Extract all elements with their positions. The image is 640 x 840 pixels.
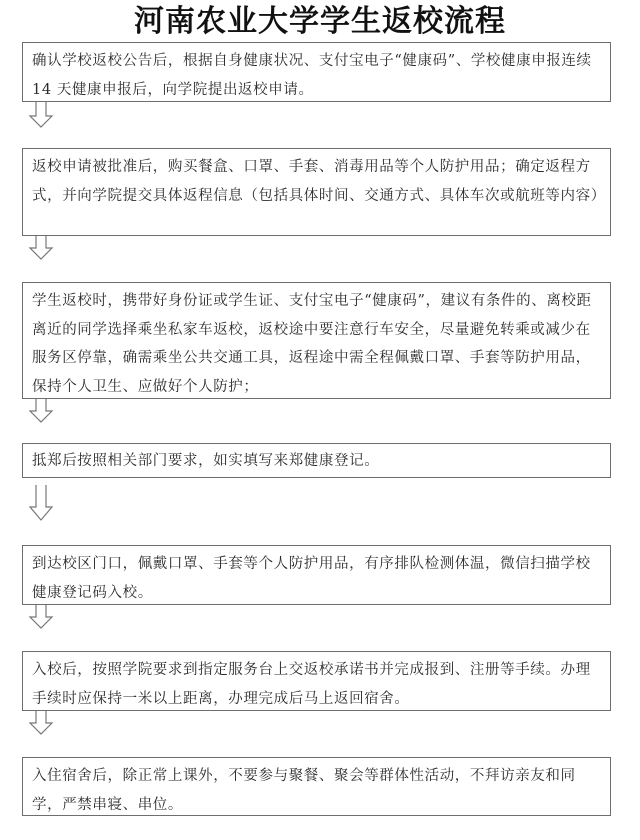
step-text: 入住宿舍后，除正常上课外，不要参与聚餐、聚会等群体性活动，不拜访亲友和同学，严禁…	[32, 768, 576, 813]
step-text: 确认学校返校公告后，根据自身健康状况、支付宝电子“健康码”、学校健康申报连续 1…	[32, 53, 592, 98]
down-arrow-icon	[28, 236, 54, 260]
down-arrow-icon	[28, 605, 54, 629]
down-arrow-icon	[28, 711, 54, 735]
down-arrow-icon	[28, 399, 54, 423]
step-text: 抵郑后按照相关部门要求，如实填写来郑健康登记。	[32, 453, 379, 469]
step-text: 学生返校时，携带好身份证或学生证、支付宝电子“健康码”，建议有条件的、离校距离近…	[32, 293, 592, 395]
down-arrow-icon	[28, 485, 54, 521]
page-title: 河南农业大学学生返校流程	[0, 2, 640, 42]
step-box-5: 到达校区门口，佩戴口罩、手套等个人防护用品，有序排队检测体温，微信扫描学校健康登…	[22, 545, 611, 605]
step-box-7: 入住宿舍后，除正常上课外，不要参与聚餐、聚会等群体性活动，不拜访亲友和同学，严禁…	[22, 757, 611, 816]
step-box-6: 入校后，按照学院要求到指定服务台上交返校承诺书并完成报到、注册等手续。办理手续时…	[22, 651, 611, 711]
step-text: 返校申请被批准后，购买餐盒、口罩、手套、消毒用品等个人防护用品；确定返程方式，并…	[32, 159, 606, 204]
step-box-1: 确认学校返校公告后，根据自身健康状况、支付宝电子“健康码”、学校健康申报连续 1…	[22, 42, 611, 102]
down-arrow-icon	[28, 102, 54, 128]
step-box-2: 返校申请被批准后，购买餐盒、口罩、手套、消毒用品等个人防护用品；确定返程方式，并…	[22, 148, 611, 236]
step-box-4: 抵郑后按照相关部门要求，如实填写来郑健康登记。	[22, 443, 611, 478]
step-text: 到达校区门口，佩戴口罩、手套等个人防护用品，有序排队检测体温，微信扫描学校健康登…	[32, 556, 591, 601]
step-text: 入校后，按照学院要求到指定服务台上交返校承诺书并完成报到、注册等手续。办理手续时…	[32, 662, 591, 707]
step-box-3: 学生返校时，携带好身份证或学生证、支付宝电子“健康码”，建议有条件的、离校距离近…	[22, 282, 611, 399]
